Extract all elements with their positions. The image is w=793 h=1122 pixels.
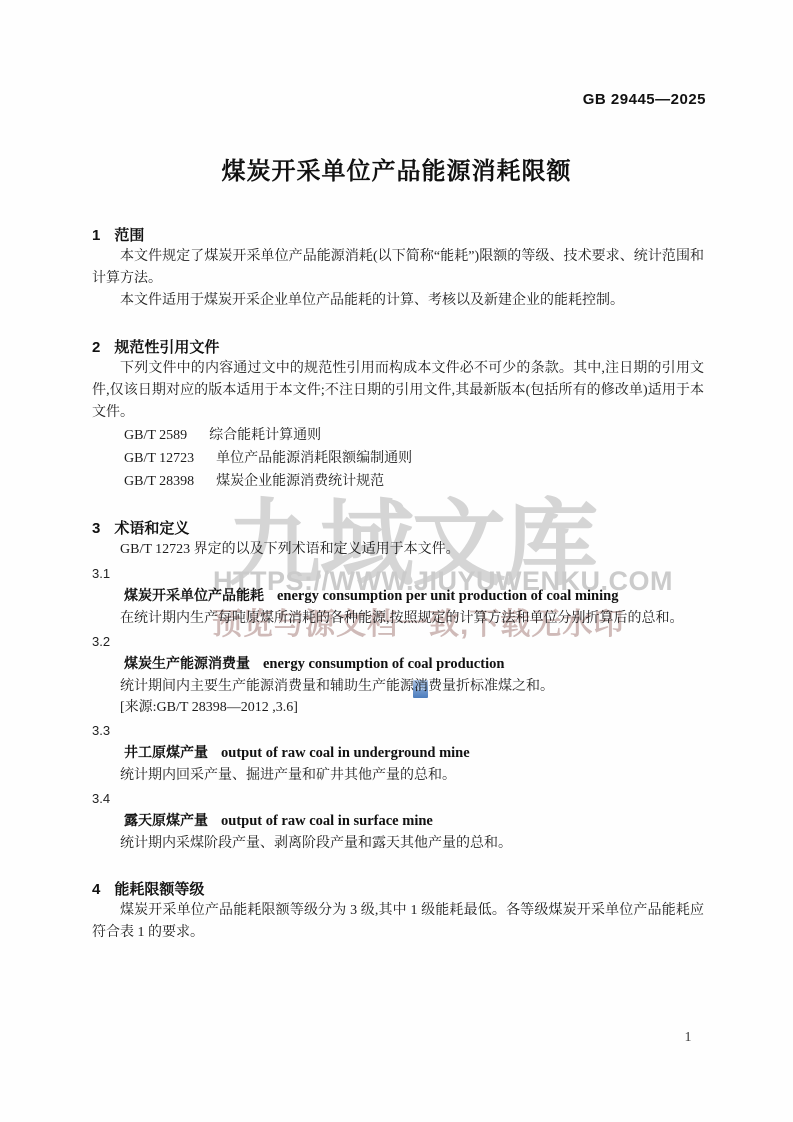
document-body: 1范围 本文件规定了煤炭开采单位产品能源消耗(以下简称“能耗”)限额的等级、技术…: [92, 226, 704, 944]
term-name-line: 井工原煤产量output of raw coal in underground …: [92, 742, 704, 764]
term-name-zh: 煤炭开采单位产品能耗: [124, 587, 264, 603]
term-name-zh: 露天原煤产量: [124, 812, 208, 828]
document-page: 九域文库 HTTPS://WWW.JIUYUWENKU.COM 预览与源文档一致…: [0, 0, 793, 1122]
term-name-en: output of raw coal in surface mine: [221, 813, 433, 829]
section-3-heading: 3术语和定义: [92, 519, 704, 539]
clause-number: 3.1: [92, 563, 704, 584]
page-number: 1: [678, 1030, 698, 1046]
term-definition: 在统计期内生产每吨原煤所消耗的各种能源,按照规定的计算方法和单位分别折算后的总和…: [92, 608, 704, 629]
reference-title: 综合能耗计算通则: [209, 424, 321, 447]
reference-code: GB/T 2589: [124, 424, 187, 447]
reference-code: GB/T 28398: [124, 470, 194, 493]
grade-paragraph: 煤炭开采单位产品能耗限额等级分为 3 级,其中 1 级能耗最低。各等级煤炭开采单…: [92, 900, 704, 944]
term-name-en: energy consumption of coal production: [263, 656, 504, 672]
term-definition: 统计期内回采产量、掘进产量和矿井其他产量的总和。: [92, 765, 704, 786]
section-heading-label: 范围: [114, 227, 144, 244]
term-name-zh: 煤炭生产能源消费量: [124, 655, 250, 671]
term-name-line: 露天原煤产量output of raw coal in surface mine: [92, 810, 704, 832]
terms-intro-paragraph: GB/T 12723 界定的以及下列术语和定义适用于本文件。: [92, 539, 704, 561]
section-2-heading: 2规范性引用文件: [92, 338, 704, 358]
reference-list: GB/T 2589综合能耗计算通则 GB/T 12723单位产品能源消耗限额编制…: [92, 424, 704, 493]
doc-code: GB 29445—2025: [583, 91, 706, 108]
section-heading-number: 4: [92, 880, 100, 900]
section-heading-number: 1: [92, 226, 100, 246]
scope-paragraph-2: 本文件适用于煤炭开采企业单位产品能耗的计算、考核以及新建企业的能耗控制。: [92, 290, 704, 312]
term-3-2: 3.2 煤炭生产能源消费量energy consumption of coal …: [92, 631, 704, 718]
scope-paragraph-1: 本文件规定了煤炭开采单位产品能源消耗(以下简称“能耗”)限额的等级、技术要求、统…: [92, 246, 704, 290]
reference-title: 煤炭企业能源消费统计规范: [216, 470, 384, 493]
reference-code: GB/T 12723: [124, 447, 194, 470]
term-3-3: 3.3 井工原煤产量output of raw coal in undergro…: [92, 720, 704, 786]
page-title: 煤炭开采单位产品能源消耗限额: [0, 151, 793, 186]
term-name-line: 煤炭生产能源消费量energy consumption of coal prod…: [92, 653, 704, 675]
term-name-zh: 井工原煤产量: [124, 744, 208, 760]
clause-number: 3.4: [92, 788, 704, 809]
term-definition: 统计期间内主要生产能源消费量和辅助生产能源消费量折标准煤之和。: [92, 676, 704, 697]
normative-references-paragraph: 下列文件中的内容通过文中的规范性引用而构成本文件必不可少的条款。其中,注日期的引…: [92, 358, 704, 424]
term-name-en: energy consumption per unit production o…: [277, 588, 618, 604]
section-heading-number: 2: [92, 338, 100, 358]
section-heading-label: 能耗限额等级: [114, 881, 204, 898]
term-name-line: 煤炭开采单位产品能耗energy consumption per unit pr…: [92, 585, 704, 607]
section-heading-label: 规范性引用文件: [114, 339, 219, 356]
reference-title: 单位产品能源消耗限额编制通则: [216, 447, 412, 470]
term-name-en: output of raw coal in underground mine: [221, 745, 470, 761]
term-3-4: 3.4 露天原煤产量output of raw coal in surface …: [92, 788, 704, 854]
section-4-heading: 4能耗限额等级: [92, 880, 704, 900]
clause-number: 3.2: [92, 631, 704, 652]
reference-item: GB/T 12723单位产品能源消耗限额编制通则: [124, 447, 704, 470]
section-heading-label: 术语和定义: [114, 520, 189, 537]
term-definition: 统计期内采煤阶段产量、剥离阶段产量和露天其他产量的总和。: [92, 833, 704, 854]
section-1-heading: 1范围: [92, 226, 704, 246]
term-3-1: 3.1 煤炭开采单位产品能耗energy consumption per uni…: [92, 563, 704, 629]
reference-item: GB/T 2589综合能耗计算通则: [124, 424, 704, 447]
section-heading-number: 3: [92, 519, 100, 539]
term-source: [来源:GB/T 28398—2012 ,3.6]: [92, 697, 704, 718]
clause-number: 3.3: [92, 720, 704, 741]
reference-item: GB/T 28398煤炭企业能源消费统计规范: [124, 470, 704, 493]
